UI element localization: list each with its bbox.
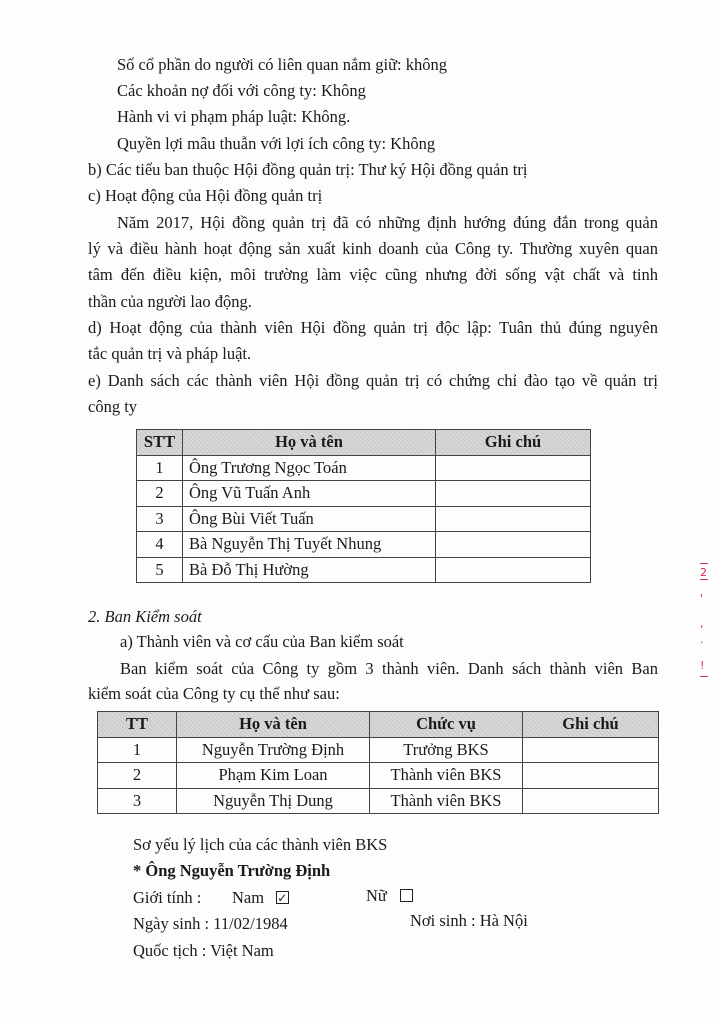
header-tt: TT — [98, 712, 177, 738]
header-stt: STT — [137, 430, 183, 456]
table-cell: Ông Vũ Tuấn Anh — [183, 481, 436, 507]
table-row: 1Ông Trương Ngọc Toán — [137, 455, 591, 481]
table-cell — [436, 506, 591, 532]
table-row: 4Bà Nguyễn Thị Tuyết Nhung — [137, 532, 591, 558]
table-row: 3Ông Bùi Viết Tuấn — [137, 506, 591, 532]
item-e-line-1: e) Danh sách các thành viên Hội đồng quả… — [88, 371, 658, 391]
header-name: Họ và tên — [177, 712, 370, 738]
intro-line-1: Ban kiểm soát của Công ty gồm 3 thành vi… — [120, 659, 658, 679]
paragraph-c-line-3: tâm đến điều kiện, môi trường làm việc c… — [88, 265, 658, 285]
header-notes: Ghi chú — [523, 712, 659, 738]
item-c-heading: c) Hoạt động của Hội đồng quản trị — [88, 186, 322, 206]
table-cell: Bà Đỗ Thị Hường — [183, 557, 436, 583]
table-cell: 2 — [137, 481, 183, 507]
paragraph-c-line-4: thần của người lao động. — [88, 292, 252, 312]
paragraph-c-line-2: lý và điều hành hoạt động sản xuất kinh … — [88, 239, 658, 259]
intro-line-2: kiểm soát của Công ty cụ thể như sau: — [88, 684, 340, 704]
table-cell: Ông Bùi Viết Tuấn — [183, 506, 436, 532]
section-2-title: 2. Ban Kiểm soát — [88, 607, 202, 627]
table-cell: Thành viên BKS — [370, 763, 523, 789]
text-conflict-of-interest: Quyền lợi mâu thuẫn với lợi ích công ty:… — [117, 134, 435, 154]
header-name: Họ và tên — [183, 430, 436, 456]
date-of-birth: Ngày sinh : 11/02/1984 — [133, 914, 288, 934]
table-cell — [523, 763, 659, 789]
table-cell: 1 — [137, 455, 183, 481]
table-cell — [436, 481, 591, 507]
profile-heading: Sơ yếu lý lịch của các thành viên BKS — [133, 835, 387, 855]
table-row: 1Nguyễn Trường ĐịnhTrưởng BKS — [98, 737, 659, 763]
table-row: 2Phạm Kim LoanThành viên BKS — [98, 763, 659, 789]
text-debts: Các khoản nợ đối với công ty: Không — [117, 81, 366, 101]
table-cell: Nguyễn Trường Định — [177, 737, 370, 763]
item-d-line-1: d) Hoạt động của thành viên Hội đồng quả… — [88, 318, 658, 338]
red-stamp-fragment: 2 ' , · ! — [700, 555, 712, 685]
table-header-row: TT Họ và tên Chức vụ Ghi chú — [98, 712, 659, 738]
paragraph-c-line-1: Năm 2017, Hội đồng quản trị đã có những … — [117, 213, 658, 233]
table-cell: 1 — [98, 737, 177, 763]
table-cell: Phạm Kim Loan — [177, 763, 370, 789]
board-members-table: STT Họ và tên Ghi chú 1Ông Trương Ngọc T… — [136, 429, 591, 583]
table-cell: Bà Nguyễn Thị Tuyết Nhung — [183, 532, 436, 558]
item-a-heading: a) Thành viên và cơ cấu của Ban kiểm soá… — [120, 632, 404, 652]
table-cell: 3 — [98, 788, 177, 814]
table-cell — [436, 557, 591, 583]
table-cell: Nguyễn Thị Dung — [177, 788, 370, 814]
table-cell: Ông Trương Ngọc Toán — [183, 455, 436, 481]
table-cell — [523, 788, 659, 814]
place-of-birth: Nơi sinh : Hà Nội — [410, 911, 528, 931]
table-cell: Thành viên BKS — [370, 788, 523, 814]
item-d-line-2: tắc quản trị và pháp luật. — [88, 344, 251, 364]
table-cell: 2 — [98, 763, 177, 789]
table-cell — [436, 532, 591, 558]
profile-name: * Ông Nguyễn Trường Định — [133, 861, 330, 881]
table-cell: 4 — [137, 532, 183, 558]
table-header-row: STT Họ và tên Ghi chú — [137, 430, 591, 456]
table-cell: 5 — [137, 557, 183, 583]
header-notes: Ghi chú — [436, 430, 591, 456]
table-row: 3Nguyễn Thị DungThành viên BKS — [98, 788, 659, 814]
gender-female-option[interactable]: Nữ — [366, 886, 413, 906]
female-label: Nữ — [366, 886, 387, 905]
header-position: Chức vụ — [370, 712, 523, 738]
item-b-subcommittees: b) Các tiểu ban thuộc Hội đồng quản trị:… — [88, 160, 527, 180]
text-violations: Hành vi vi phạm pháp luật: Không. — [117, 107, 350, 127]
female-checkbox[interactable] — [400, 889, 413, 902]
gender-label: Giới tính : — [133, 888, 201, 908]
item-e-line-2: công ty — [88, 397, 137, 417]
nationality: Quốc tịch : Việt Nam — [133, 941, 274, 961]
table-row: 5Bà Đỗ Thị Hường — [137, 557, 591, 583]
text-related-shares: Số cổ phần do người có liên quan nắm giữ… — [117, 55, 447, 75]
male-label: Nam — [232, 888, 264, 907]
table-cell: 3 — [137, 506, 183, 532]
table-cell — [436, 455, 591, 481]
table-cell — [523, 737, 659, 763]
male-checkbox[interactable] — [276, 891, 289, 904]
gender-male-option[interactable]: Nam — [232, 888, 289, 908]
supervisory-board-table: TT Họ và tên Chức vụ Ghi chú 1Nguyễn Trư… — [97, 711, 659, 814]
table-row: 2Ông Vũ Tuấn Anh — [137, 481, 591, 507]
table-cell: Trưởng BKS — [370, 737, 523, 763]
